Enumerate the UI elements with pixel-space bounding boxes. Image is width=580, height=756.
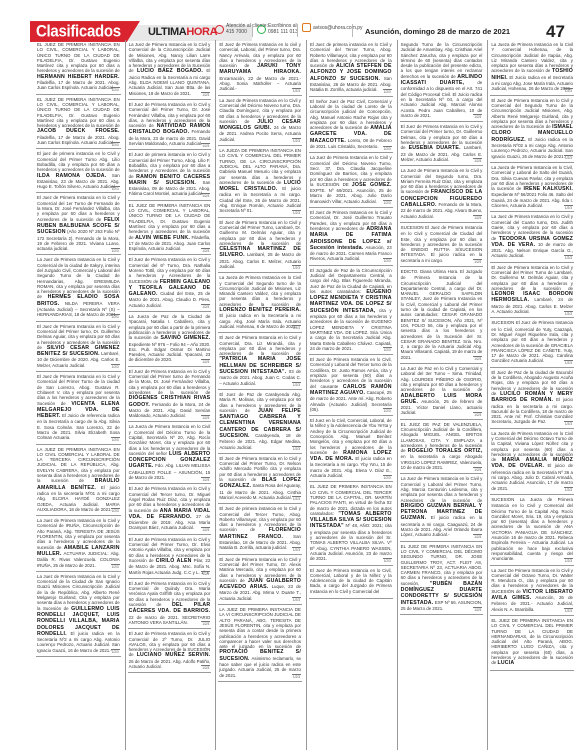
legal-notice: SUCESION El Juez de Primera Instancia en… (400, 223, 484, 267)
publication-code: 1/2/3 (201, 248, 210, 254)
publication-code: 1/2/3 (201, 359, 210, 365)
legal-notice: El Juez de Primera Instancia en lo Civil… (128, 579, 212, 629)
publication-code: 1/2/3 (201, 92, 210, 98)
legal-notice: El Juez de Primera Instancia en lo Civil… (309, 208, 393, 266)
publication-code: 1/2/3 (383, 200, 392, 206)
publication-code: 1/2/3 (473, 259, 482, 265)
notice-details: La Jueza de Primera Instancia en lo Civi… (491, 497, 573, 561)
notice-text: La Juez de Primera Instancia en lo Civil… (37, 257, 120, 299)
legal-notice: El juez de primera instancia en lo Civil… (36, 149, 121, 193)
publication-code: 1/2/3 (292, 138, 301, 144)
notice-text: El Juez de Primera Instancia en lo Civil… (219, 220, 301, 246)
publication-code: 1/2/3 (564, 205, 573, 211)
contact-email: avisos@uhora.com.py (302, 23, 363, 32)
legal-notice: EL JUEZ DE PAZ DE VALENZUELA, Circunscri… (400, 420, 484, 475)
legal-notice: El Juez de Primera Instancia en lo Civil… (309, 566, 393, 599)
publication-code: 1/2/3 (111, 248, 120, 254)
publication-code: 1/2/3 (473, 534, 482, 540)
notice-text: La Juez de Paz en lo Civil y Comercial y… (401, 366, 483, 392)
publication-code: 1/2/3 (473, 114, 482, 120)
notice-details: Diana Ultima Hora. El Juzgado de Primera… (401, 269, 483, 360)
publication-code: 1/2/3 (564, 311, 573, 317)
legal-notice: La Juez de Primera Instancia en lo Civil… (36, 516, 121, 572)
legal-notice: La Jueza de Primera Instancia en lo Civi… (490, 163, 574, 212)
notice-details: cita y emplaza por 60 días a los hereder… (310, 308, 392, 351)
legal-notice: La Jueza de Primera Instancia en lo Civi… (490, 40, 574, 96)
legal-notice: El Señor Juez de Paz Civil, Comercial y … (309, 97, 393, 154)
deceased-name: RAMON BENITO CACERES MARIN S/ SUCESION. (129, 174, 211, 186)
column-3: El Juez de Primera Instancia en lo civil… (215, 40, 302, 750)
legal-notice: El Juez de Primera Instancia en lo Civil… (309, 355, 393, 416)
divider (352, 24, 353, 37)
legal-notice: La Jueza de Primera Instancia en lo Civi… (128, 422, 212, 484)
notice-details: Filadelfia, 17 de Marzo de 2021. Abog. J… (37, 80, 120, 90)
publication-code: 1/2/3 (564, 487, 573, 493)
publication-code: 1/2/3 (201, 621, 210, 627)
publication-code: 1/2/3 (201, 143, 210, 149)
legal-notice: El Juez de Primera Instancia en lo Civil… (218, 218, 302, 274)
legal-notice: SUCESION El Juez de Primera Instancia en… (490, 318, 574, 367)
notice-details: El juicio radica en la Secretaría a mi c… (219, 313, 301, 329)
publication-code: 1/2/3 (292, 597, 301, 603)
publication-code: 1/2/3 (111, 508, 120, 514)
legal-notice: EDICTO. Diana Ultima Hora. El Juzgado de… (400, 267, 484, 364)
publication-code: 1/2/3 (292, 265, 301, 271)
divider (297, 24, 298, 37)
publication-code: 1/2/3 (201, 193, 210, 199)
divider (252, 24, 253, 37)
notice-text: El Juez de Primera Instancia en lo Civil… (491, 265, 573, 291)
publication-code: 1/2/3 (111, 87, 120, 93)
legal-notice: La Juez de Primera Instancia en lo Civil… (36, 255, 121, 321)
publication-code: 1/2/3 (564, 88, 573, 94)
edition-date: Asunción, domingo 28 de marzo de 2021 (365, 27, 510, 36)
deceased-name: ALVIN WIEBE FUNK. (135, 235, 190, 241)
publication-code: 1/2/3 (383, 347, 392, 353)
legal-notice: El Juez de Primera Instancia en lo Civil… (128, 100, 212, 150)
legal-notice: El Juez de Primera Instancia en lo Civil… (490, 96, 574, 163)
legal-notice: LA JUEZ DE PRIMERA INSTANCIA EN LO CIVIL… (36, 445, 121, 517)
publication-code: 1/2/3 (292, 674, 301, 680)
legal-notice: El Juez de Primera Instancia en lo Civil… (36, 322, 121, 372)
publication-code: 1/2/3 (292, 210, 301, 216)
publication-code: 1/2/3 (111, 142, 120, 148)
notice-text: El Juez de Primera Instancia en lo Civil… (310, 568, 392, 594)
section-title: Clasificados (30, 21, 140, 42)
classifieds-columns: EL JUEZ DE PRIMERA INSTANCIA EN LO CIVIL… (34, 40, 574, 750)
publication-code: 1/2/3 (383, 146, 392, 152)
notice-text: EL JUEZ DE PRIMERA INSTANCIA EN LO CIVIL… (491, 618, 573, 665)
legal-notice: La Jueza de Primera Instancia en lo Civi… (218, 273, 302, 333)
publication-code: 1/2/3 (383, 558, 392, 564)
deceased-name: LUCIA (497, 660, 514, 666)
notice-text: SUCESION (491, 497, 514, 502)
legal-notice: EL JUEZ DE PRIMERA INSTANCIA EN LO CIVIL… (36, 95, 121, 150)
legal-notice: El Juez de Paz de la ciudad de Itacurubí… (490, 368, 574, 429)
legal-notice: EL JUEZ DE PRIMERA INSTANCIA EN LO CIVIL… (309, 482, 393, 565)
legal-notice: LA JUEZA DE PRIMERA INSTANCIA EN LO CIVI… (218, 146, 302, 218)
notice-details: de conformidad a lo dispuesto en el Art.… (401, 80, 483, 118)
publication-code: 1/2/3 (201, 304, 210, 310)
publication-code: 1/2/3 (111, 314, 120, 320)
deceased-name: CIRILO ALEN (156, 558, 192, 564)
legal-notice: El Juez de Primera Instancia en lo Civil… (128, 367, 212, 423)
publication-code: 1/2/3 (292, 88, 301, 94)
legal-notice: La Juez de Primera Instancia en lo Civil… (400, 166, 484, 223)
legal-notice: El Juez de Primera Instancia en lo Civil… (128, 255, 212, 312)
page-header: Clasificados ULTIMAHORA Atención al clie… (30, 22, 580, 42)
legal-notice: El Juez de Primera Instancia en lo Civil… (400, 122, 484, 166)
legal-notice: El Juez de Primera Instancia en lo Civil… (128, 484, 212, 534)
publication-code: 1/2/3 (111, 437, 120, 443)
legal-notice: El Juez de primera instancia en lo Civil… (218, 504, 302, 554)
notice-text: El Juez de Primera Instancia en lo Civil… (219, 335, 301, 356)
notice-text: El Juez de Primera Instancia en lo Civil… (129, 369, 211, 395)
legal-notice: La Jueza de Paz de la Ciudad de Ypacaraí… (128, 312, 212, 367)
legal-notice: EL JUEZ DE PRIMERA INSTANCIA EN LO CIVIL… (36, 40, 121, 95)
legal-notice: La Juez de Primera Instancia en lo Civil… (36, 572, 121, 657)
page-number: 47 (546, 22, 565, 42)
publication-code: 1/2/3 (201, 571, 210, 577)
legal-notice: La Juez de Paz en lo Civil y Comercial y… (400, 364, 484, 420)
publication-code: 1/2/3 (473, 607, 482, 613)
notice-details: El Juez de Primera Instancia en lo Civil… (491, 320, 573, 363)
contact-whatsapp: Escríbinos al0981 111 013 (257, 23, 298, 35)
notice-details: El Juez de Primera Instancia en lo Civil… (401, 225, 483, 263)
notice-text: SUCESION (401, 225, 424, 230)
notice-text: EL JUEZ DE PRIMERA INSTANCIA EN LO CIVIL… (401, 544, 483, 586)
deceased-name: IRENE KALKUSKI. (523, 186, 573, 192)
publication-code: 1/2/3 (473, 158, 482, 164)
legal-notice: El Juez de Primera Instancia en lo Civil… (218, 555, 302, 605)
legal-notice: El Juzgado de Paz de la Circunscripción … (309, 266, 393, 355)
legal-notice: El Juez de primera instancia en lo Civil… (128, 150, 212, 200)
publication-code: 1/2/3 (564, 421, 573, 427)
notice-text: EL JUEZ DE PRIMERA INSTANCIA EN LO CIVIL… (37, 97, 120, 128)
notice-details: 26 de Marzo de 2021. Abg. Adolfo Patiño,… (129, 659, 211, 669)
publication-code: 1/2/3 (201, 665, 210, 671)
newspaper-logo: ULTIMAHORA (148, 26, 217, 38)
legal-notice: El Juez de Primera Instancia en lo Civil… (218, 454, 302, 504)
notice-text: La Jueza de Primera Instancia en lo Civi… (219, 275, 301, 306)
publication-code: 1/2/3 (111, 364, 120, 370)
column-6: La Jueza de Primera Instancia en lo Civi… (487, 40, 574, 750)
publication-code: 1/2/3 (383, 408, 392, 414)
publication-code: 1/2/3 (564, 558, 573, 564)
publication-code: 1/2/3 (564, 608, 573, 614)
notice-text: SUCESION (491, 320, 514, 325)
legal-notice: El Juez de primera instancia en lo Civil… (309, 40, 393, 97)
deceased-name: ROGELIO TORALES ORTIZ, (408, 448, 483, 454)
publication-code: 1/2/3 (383, 475, 392, 481)
publication-code: 1/2/3 (201, 477, 210, 483)
column-5: Segundo Turno de la Circunscripción Judi… (397, 40, 484, 750)
publication-code: 1/2/3 (473, 412, 482, 418)
deceased-name: LORENZO BENITEZ PEREIRA. (219, 307, 301, 313)
publication-code: 1/2/3 (292, 446, 301, 452)
publication-code: 1/2/3 (564, 255, 573, 261)
legal-notice: El Juez de Primera Instancia en lo Civil… (128, 629, 212, 673)
legal-notice: Segundo Turno de la Circunscripción Judi… (400, 40, 484, 122)
legal-notice: EL JUEZ DE PRIMERA INSTANCIA EN LO CIVIL… (128, 201, 212, 256)
deceased-name: SAVINO GIMENEZ. (160, 335, 210, 341)
whatsapp-icon (257, 25, 266, 34)
legal-notice: EL JUEZ DE PRIMERA INSTANCIA EN LO CIVIL… (400, 542, 484, 616)
legal-notice: La Jueza de Primera Instancia en lo Civi… (490, 429, 574, 495)
deceased-name: LUCIANO MUÑEZ SERVIN. (137, 652, 211, 658)
notice-details: Filadelfia, 17 de Marzo de 2021. Abog. J… (37, 135, 120, 145)
deceased-name: EUSEBIA DUARTE. (409, 145, 461, 151)
publication-code: 1/2/3 (473, 215, 482, 221)
deceased-name: ILDA RAMONA OJEDA. (37, 173, 106, 179)
publication-code: 1/2/3 (473, 356, 482, 362)
legal-notice: El Juez de Primera Instancia en lo Civil… (490, 263, 574, 319)
legal-notice: EL JUEZ DE PRIMERA INSTANCIA EN LO CIVIL… (490, 616, 574, 671)
notice-details: Encarnación, 22 de Marzo de 2021.- Abog.… (219, 76, 301, 92)
notice-text: EL JUEZ DE PRIMERA INSTANCIA EN LO CIVIL… (37, 42, 120, 73)
notice-details: EXPTE. Nº 69/2021. Asunción, 25 de Marzo… (310, 188, 392, 204)
publication-code: 1/2/3 (564, 360, 573, 366)
notice-text: La Juez de Primera Instancia en lo Civil… (401, 476, 483, 502)
email-icon (302, 23, 311, 32)
notice-text: El juez de primera instancia en lo Civil… (37, 151, 120, 172)
publication-code: 1/2/3 (292, 496, 301, 502)
legal-notice: El Juez de Primera Instancia en lo Civil… (36, 372, 121, 445)
publication-code: 1/2/3 (383, 258, 392, 264)
column-2: La Juez de Primera Instancia en lo Civil… (125, 40, 212, 750)
legal-notice: La Juez de Primera Instancia en lo Civil… (400, 474, 484, 541)
notice-details: en la secretaría a cargo Abogado VIRGILI… (401, 454, 483, 470)
phone-icon (215, 25, 224, 34)
notice-text: LA JUEZ DE PRIMERA INSTANCIA DE LA VI CI… (219, 607, 301, 649)
deceased-name: HERMANN HIEBERT HARDER. (37, 74, 120, 80)
legal-notice: La Juez de Primera Instancia en lo Civil… (309, 153, 393, 208)
legal-notice: El Juez de Paz de Carabyenda Abg. María … (218, 390, 302, 454)
publication-code: 1/2/3 (201, 415, 210, 421)
legal-notice: La Juez De Primera Instancia en lo Civil… (490, 566, 574, 616)
legal-notice: El Juez de Primera Instancia en lo Civil… (218, 333, 302, 390)
publication-code: 1/2/3 (383, 89, 392, 95)
publication-code: 1/2/3 (111, 649, 120, 655)
legal-notice: La Juez de Primera Instancia en lo Civil… (128, 40, 212, 100)
publication-code: 1/2/3 (201, 527, 210, 533)
publication-code: 1/2/3 (111, 564, 120, 570)
notice-details: Expediente Nº 56/2021 Folio 46. Salto de… (491, 192, 573, 208)
notice-details: Expediente Nº 976 – Folio 94 – Año 2020.… (129, 342, 211, 363)
notice-details: 22 de marzo de 2021. SECRETARIO ANTONIO … (129, 615, 211, 625)
publication-code: 1/2/3 (111, 186, 120, 192)
publication-code: 1/2/3 (292, 325, 301, 331)
legal-notice: El Juez de Primera Instancia en lo Civil… (128, 535, 212, 579)
legal-notice: La Juez de Primera Instancia en lo Civil… (218, 96, 302, 146)
legal-notice: SUCESION La Jueza de Primera Instancia e… (490, 495, 574, 566)
deceased-name: LUCIO BÁEZ BOGADO. (137, 68, 203, 74)
publication-code: 1/2/3 (292, 382, 301, 388)
notice-text: EDICTO. (401, 269, 419, 274)
legal-notice: El Juez en lo Civil, Comercial, Laboral,… (309, 416, 393, 482)
deceased-name: JACOB DUECK FROESE. (37, 128, 120, 134)
column-4: El Juez de primera instancia en lo Civil… (306, 40, 393, 750)
notice-details: Nº 48, AÑO: 2021; cita y emplaza por ses… (310, 523, 392, 561)
publication-code: 1/2/3 (473, 467, 482, 473)
column-1: EL JUEZ DE PRIMERA INSTANCIA EN LO CIVIL… (34, 40, 121, 750)
publication-code: 1/2/3 (292, 547, 301, 553)
legal-notice: La Juez de Primera Instancia en lo Civil… (490, 212, 574, 262)
legal-notice: LA JUEZ DE PRIMERA INSTANCIA DE LA VI CI… (218, 605, 302, 682)
publication-code: 1/2/3 (564, 155, 573, 161)
legal-notice: El Juez de Primera Instancia en lo civil… (218, 40, 302, 96)
legal-notice: El Juez de Primera Instancia en lo Civil… (36, 193, 121, 255)
deceased-name: JOSE GOMEZ. (352, 182, 392, 188)
